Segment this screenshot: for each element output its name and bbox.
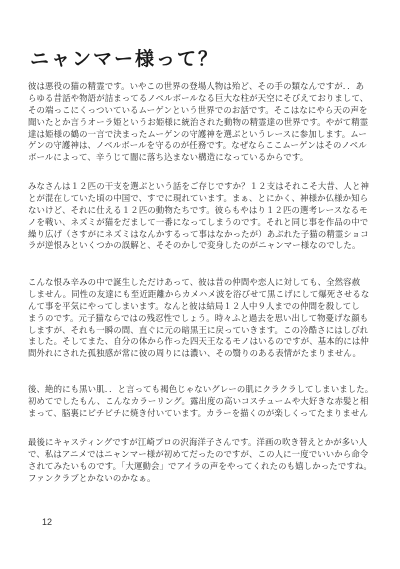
text-line: ゲンの守護神は、ノベルボールを守るのが任務です。なぜならここムーゲンはそのノベル xyxy=(28,140,378,152)
text-line: 聞いたとか言うオーラ姫というお姫様に統治された動物の精霊達の世界です。やがて精霊 xyxy=(28,117,378,129)
page-title: ニャンマー様って？ xyxy=(30,44,219,71)
text-line: まうのです。元子猫ならではの残忍性でしょう。時々ふと過去を思い出して物憂げな顔も xyxy=(28,313,378,325)
text-line: されてみたいものです。「大運動会」でアイラの声をやってくれたのも嬉しかったですね… xyxy=(28,461,378,473)
text-line: 達は姫様の鶴の一言で決まったムーゲンの守護神を選ぶというレースに参加します。ムー xyxy=(28,129,378,141)
text-line: ノを戦い、ネズミが猫をだまして一番になってしまうのです。それと同じ事を作品の中で xyxy=(28,217,378,229)
text-line: んて事を平気にやってしまいます。なんと彼は結局１２人中９人までの仲間を殺してし xyxy=(28,301,378,313)
text-line: ラが逆恨みといくつかの誤解と、そそのかしで変身したのがニャンマー様なのでした。 xyxy=(28,240,378,252)
paragraph-character: こんな恨み辛みの中で誕生しただけあって、彼は昔の仲間や恋人に対しても、全然容赦 … xyxy=(28,277,378,360)
page-number: 12 xyxy=(42,517,52,527)
paragraph-story-setting: 彼は悪役の猫の精霊です。いやこの世界の登場人物は殆ど、その手の類なんですが．．あ… xyxy=(28,81,378,164)
text-line: みなさんは１２匹の干支を選ぶという話をご存じですか？１２支はそれこそ大昔、人と神 xyxy=(28,181,378,193)
text-line: ました。そしてまた、自分の体から作った四天王なるモノはいるのですが、基本的には仲 xyxy=(28,336,378,348)
text-line: 繰り広げ（さすがにネズミはなんかするって事はなかったが）あぶれた子猫の精霊ショコ xyxy=(28,229,378,241)
text-line: まって、脳裏にビチビチに焼き付いています。カラーを描くのが楽しくってたまりません xyxy=(28,408,378,420)
text-line: 初めてでしたもん、こんなカラーリング。露出度の高いコスチュームや大好きな赤髪と相 xyxy=(28,396,378,408)
paragraph-casting: 最後にキャスティングですが江崎プロの沢海洋子さんです。洋画の吹き替えとかが多い人… xyxy=(28,437,378,485)
text-line: ボールによって、辛うじて闇に落ち込まない構造になっているからです。 xyxy=(28,152,378,164)
text-line: 間外れにされた孤独感が常に彼の周りには濃い、その翳りのある表情がたまりません。 xyxy=(28,348,378,360)
text-line: こんな恨み辛みの中で誕生しただけあって、彼は昔の仲間や恋人に対しても、全然容赦 xyxy=(28,277,378,289)
paragraph-coloring: 後、絶的にも黒い肌．．と言っても褐色じゃないグレーの肌にクラクラしてしまいました… xyxy=(28,384,378,420)
text-line: らゆる昔話や物語が詰まってるノベルボールなる巨大な柱が天空にそびえておりまして、 xyxy=(28,93,378,105)
text-line: 彼は悪役の猫の精霊です。いやこの世界の登場人物は殆ど、その手の類なんですが．．あ xyxy=(28,81,378,93)
text-line: しますが、それも一瞬の間、直ぐに元の暗黒王に戻っていきます。この冷酷さにはしびれ xyxy=(28,325,378,337)
text-line: しません。同性の友達にも至近距離からカメハメ波を浴びせて黒こげにして爆死させるな xyxy=(28,289,378,301)
text-line: その端っこにくっついているムーゲンという世界でのお話です。そこはなにやら天の声を xyxy=(28,105,378,117)
text-line: 最後にキャスティングですが江崎プロの沢海洋子さんです。洋画の吹き替えとかが多い人 xyxy=(28,437,378,449)
text-line: で、私はアニメではニャンマー様が初めてだったのですが、この人に一度でいいから命令 xyxy=(28,449,378,461)
text-line: ファンクラブとかないのかなぁ。 xyxy=(28,473,378,485)
text-line: とが混在していた頃の中国で、すでに現れています。まぁ、とにかく、神様か仏様か知ら xyxy=(28,193,378,205)
paragraph-zodiac: みなさんは１２匹の干支を選ぶという話をご存じですか？１２支はそれこそ大昔、人と神… xyxy=(28,181,378,252)
text-line: ないけど、それに仕える１２匹の動物たちです。彼らもやはり１２匹の選考レースなるモ xyxy=(28,205,378,217)
text-line: 後、絶的にも黒い肌．．と言っても褐色じゃないグレーの肌にクラクラしてしまいました… xyxy=(28,384,378,396)
